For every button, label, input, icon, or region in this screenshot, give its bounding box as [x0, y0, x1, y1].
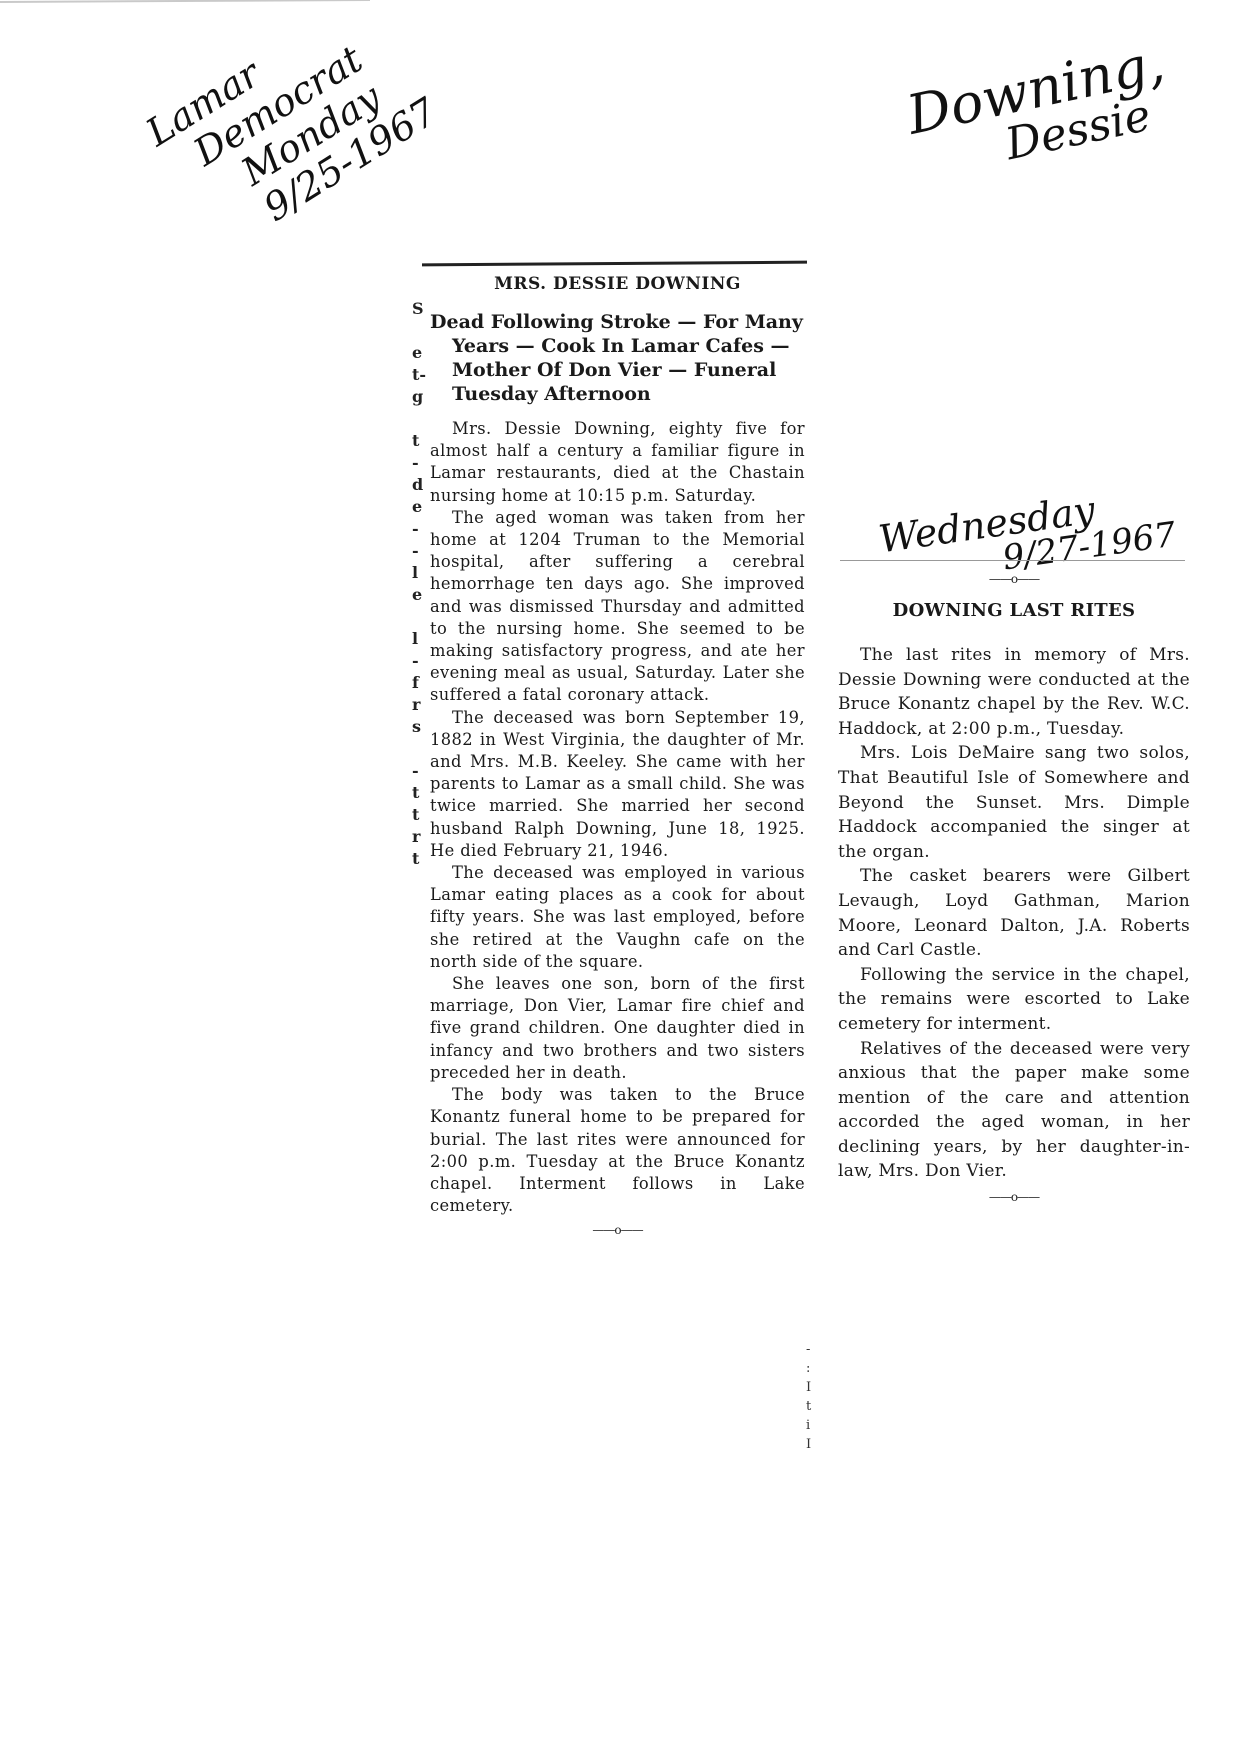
fragment-char: e	[412, 584, 426, 606]
fragment-char: e	[412, 342, 426, 364]
fragment-char	[412, 408, 426, 430]
obituary-title: MRS. DESSIE DOWNING	[430, 274, 805, 294]
paragraph: The casket bearers were Gilbert Levaugh,…	[838, 864, 1190, 962]
section-divider: ——o——	[838, 572, 1190, 586]
fragment-char: l	[412, 628, 426, 650]
fragment-char: e	[412, 496, 426, 518]
fragment-char	[412, 606, 426, 628]
fragment-char: -	[412, 760, 426, 782]
paragraph: Mrs. Lois DeMaire sang two solos, That B…	[838, 741, 1190, 864]
fragment-char: t	[412, 782, 426, 804]
fragment-char: -	[412, 650, 426, 672]
section-divider: ——o——	[838, 1190, 1190, 1204]
fragment-char: l	[412, 562, 426, 584]
fragment-char: -	[412, 518, 426, 540]
paragraph: Following the service in the chapel, the…	[838, 963, 1190, 1037]
last-rites-title: DOWNING LAST RITES	[838, 600, 1190, 621]
fragment-char: -	[412, 452, 426, 474]
paragraph: The deceased was born September 19, 1882…	[430, 707, 805, 862]
paragraph: Relatives of the deceased were very anxi…	[838, 1037, 1190, 1185]
fragment-char: -	[412, 540, 426, 562]
paragraph: The aged woman was taken from her home a…	[430, 507, 805, 707]
adjacent-column-fragment: S et-g t-de--le l-frs -ttrt	[412, 298, 426, 870]
fragment-char: d	[412, 474, 426, 496]
paragraph: Mrs. Dessie Downing, eighty five for alm…	[430, 418, 805, 507]
fragment-char	[412, 320, 426, 342]
fragment-char	[412, 738, 426, 760]
last-rites-clipping: ——o—— DOWNING LAST RITES The last rites …	[838, 566, 1190, 1210]
paragraph: The last rites in memory of Mrs. Dessie …	[838, 643, 1190, 741]
fragment-char: S	[412, 298, 426, 320]
fragment-char: s	[412, 716, 426, 738]
obituary-clipping: MRS. DESSIE DOWNING Dead Following Strok…	[430, 262, 805, 1243]
adjacent-column-fragment: -:ItiI	[806, 1340, 816, 1454]
fragment-char: r	[412, 826, 426, 848]
fragment-char: t	[412, 430, 426, 452]
fragment-char: t-	[412, 364, 426, 386]
clipping-top-rule	[840, 560, 1185, 561]
paragraph: The deceased was employed in various Lam…	[430, 862, 805, 973]
paragraph: The body was taken to the Bruce Konantz …	[430, 1084, 805, 1217]
section-divider: ——o——	[430, 1223, 805, 1237]
fragment-char: f	[412, 672, 426, 694]
fragment-char: g	[412, 386, 426, 408]
obituary-body: Mrs. Dessie Downing, eighty five for alm…	[430, 418, 805, 1217]
fragment-char: t	[412, 848, 426, 870]
scan-edge-line	[0, 0, 370, 3]
obituary-subhead: Dead Following Stroke — For Many Years —…	[430, 310, 805, 406]
fragment-char: r	[412, 694, 426, 716]
handwritten-name-note: Downing, Dessie	[903, 36, 1178, 186]
last-rites-body: The last rites in memory of Mrs. Dessie …	[838, 643, 1190, 1184]
handwritten-source-note: Lamar Democrat Monday 9/25-1967	[140, 0, 445, 262]
fragment-char: t	[412, 804, 426, 826]
paragraph: She leaves one son, born of the first ma…	[430, 973, 805, 1084]
